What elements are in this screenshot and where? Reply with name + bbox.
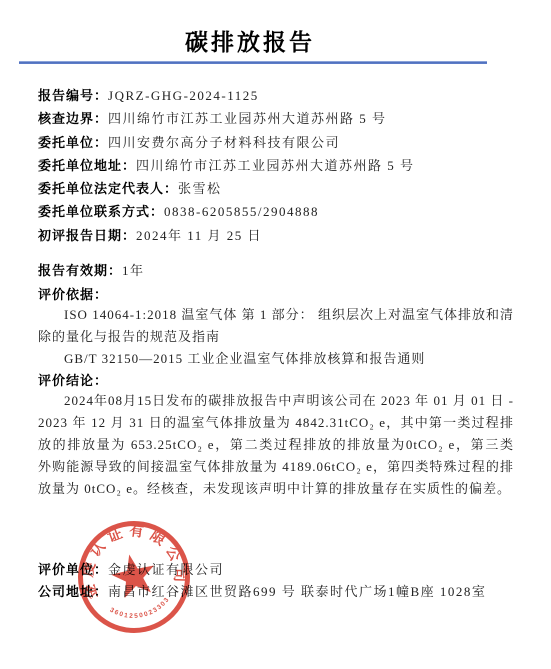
issuer-label: 评价单位：	[38, 562, 108, 577]
evaluation-basis-label: 评价依据：	[38, 287, 108, 302]
conclusion-heading: 评价结论：	[38, 372, 108, 390]
issuer-address-row: 公司地址：南昌市红谷滩区世贸路699 号 联泰时代广场1幢B座 1028室	[38, 581, 518, 603]
legal-representative-label: 委托单位法定代表人：	[38, 181, 178, 196]
evaluation-basis-heading: 评价依据：	[38, 286, 108, 304]
conclusion-label: 评价结论：	[38, 373, 108, 388]
client-name-value: 四川安费尔高分子材料科技有限公司	[108, 135, 340, 150]
verification-boundary-value: 四川绵竹市江苏工业园苏州大道苏州路 5 号	[108, 111, 387, 126]
conclusion-paragraph: 2024年08月15日发布的碳排放报告中声明该公司在 2023 年 01 月 0…	[38, 390, 514, 500]
legal-representative-value: 张雪松	[178, 181, 222, 196]
validity-value: 1年	[122, 263, 145, 278]
legal-representative-row: 委托单位法定代表人：张雪松	[38, 177, 518, 200]
report-title: 碳排放报告	[0, 24, 500, 57]
initial-report-date-value: 2024年 11 月 25 日	[136, 228, 262, 243]
client-name-label: 委托单位：	[38, 135, 108, 150]
verification-boundary-row: 核查边界：四川绵竹市江苏工业园苏州大道苏州路 5 号	[38, 107, 518, 130]
report-info-section: 报告编号：JQRZ-GHG-2024-1125 核查边界：四川绵竹市江苏工业园苏…	[38, 84, 518, 247]
title-divider-line	[19, 61, 487, 64]
client-name-row: 委托单位：四川安费尔高分子材料科技有限公司	[38, 131, 518, 154]
issuer-row: 评价单位：金虔认证有限公司	[38, 559, 518, 581]
validity-row: 报告有效期：1年	[38, 262, 145, 280]
validity-label: 报告有效期：	[38, 263, 122, 278]
report-number-row: 报告编号：JQRZ-GHG-2024-1125	[38, 84, 518, 107]
report-number-value: JQRZ-GHG-2024-1125	[108, 88, 259, 103]
contact-label: 委托单位联系方式：	[38, 204, 164, 219]
issuer-section: 评价单位：金虔认证有限公司 公司地址：南昌市红谷滩区世贸路699 号 联泰时代广…	[38, 559, 518, 602]
basis-item-iso: ISO 14064-1:2018 温室气体 第 1 部分： 组织层次上对温室气体…	[38, 304, 514, 347]
client-address-label: 委托单位地址：	[38, 158, 136, 173]
initial-report-date-label: 初评报告日期：	[38, 228, 136, 243]
basis-item-gbt: GB/T 32150—2015 工业企业温室气体排放核算和报告通则	[38, 348, 514, 370]
issuer-value: 金虔认证有限公司	[108, 562, 224, 577]
verification-boundary-label: 核查边界：	[38, 111, 108, 126]
report-number-label: 报告编号：	[38, 88, 108, 103]
contact-row: 委托单位联系方式：0838-6205855/2904888	[38, 200, 518, 223]
carbon-report-page: { "page": { "title": "碳排放报告" }, "info": …	[0, 0, 551, 669]
contact-value: 0838-6205855/2904888	[164, 204, 319, 219]
client-address-value: 四川绵竹市江苏工业园苏州大道苏州路 5 号	[136, 158, 415, 173]
initial-report-date-row: 初评报告日期：2024年 11 月 25 日	[38, 224, 518, 247]
client-address-row: 委托单位地址：四川绵竹市江苏工业园苏州大道苏州路 5 号	[38, 154, 518, 177]
issuer-address-label: 公司地址：	[38, 584, 108, 599]
issuer-address-value: 南昌市红谷滩区世贸路699 号 联泰时代广场1幢B座 1028室	[108, 584, 486, 599]
